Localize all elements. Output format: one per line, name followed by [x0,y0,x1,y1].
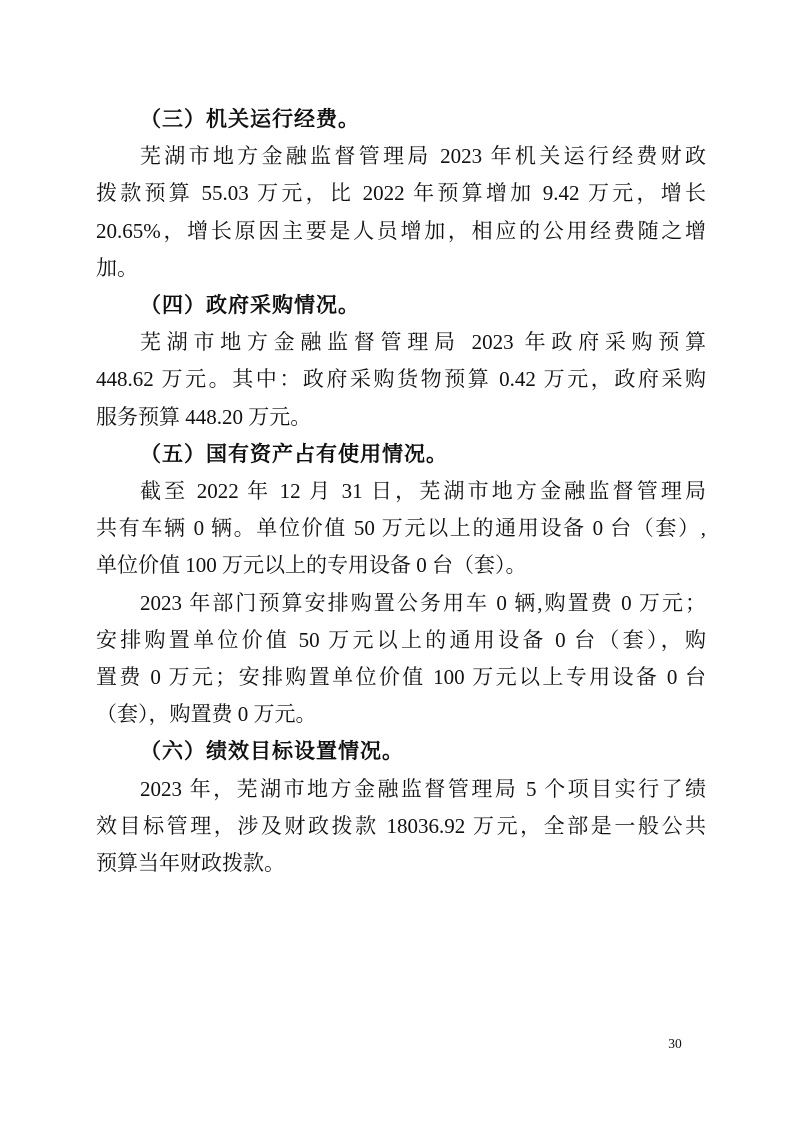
paragraph-line: 加。 [96,250,706,287]
paragraph-line: （套），购置费 0 万元。 [96,696,706,733]
paragraph-line: 共有车辆 0 辆。单位价值 50 万元以上的通用设备 0 台（套）, [96,510,706,547]
section-heading-5: （五）国有资产占有使用情况。 [96,436,706,473]
page-number: 30 [655,1036,695,1052]
section-heading-6: （六）绩效目标设置情况。 [96,733,706,770]
paragraph-line: 拨款预算 55.03 万元，比 2022 年预算增加 9.42 万元，增长 [96,175,706,212]
section-heading-4: （四）政府采购情况。 [96,287,706,324]
paragraph-line: 芜湖市地方金融监督管理局 2023 年机关运行经费财政 [96,138,706,175]
paragraph-line: 预算当年财政拨款。 [96,845,706,882]
document-body: （三）机关运行经费。 芜湖市地方金融监督管理局 2023 年机关运行经费财政 拨… [96,101,706,882]
paragraph-line: 截至 2022 年 12 月 31 日，芜湖市地方金融监督管理局 [96,473,706,510]
paragraph-line: 2023 年部门预算安排购置公务用车 0 辆,购置费 0 万元； [96,585,706,622]
document-page: （三）机关运行经费。 芜湖市地方金融监督管理局 2023 年机关运行经费财政 拨… [0,0,793,1122]
paragraph-line: 安排购置单位价值 50 万元以上的通用设备 0 台（套），购 [96,622,706,659]
paragraph-line: 效目标管理，涉及财政拨款 18036.92 万元，全部是一般公共 [96,808,706,845]
paragraph-line: 2023 年，芜湖市地方金融监督管理局 5 个项目实行了绩 [96,771,706,808]
paragraph-line: 芜湖市地方金融监督管理局 2023 年政府采购预算 [96,324,706,361]
paragraph-line: 置费 0 万元；安排购置单位价值 100 万元以上专用设备 0 台 [96,659,706,696]
paragraph-line: 448.62 万元。其中：政府采购货物预算 0.42 万元，政府采购 [96,361,706,398]
paragraph-line: 20.65%，增长原因主要是人员增加，相应的公用经费随之增 [96,213,706,250]
section-heading-3: （三）机关运行经费。 [96,101,706,138]
paragraph-line: 服务预算 448.20 万元。 [96,399,706,436]
paragraph-line: 单位价值 100 万元以上的专用设备 0 台（套）。 [96,547,706,584]
